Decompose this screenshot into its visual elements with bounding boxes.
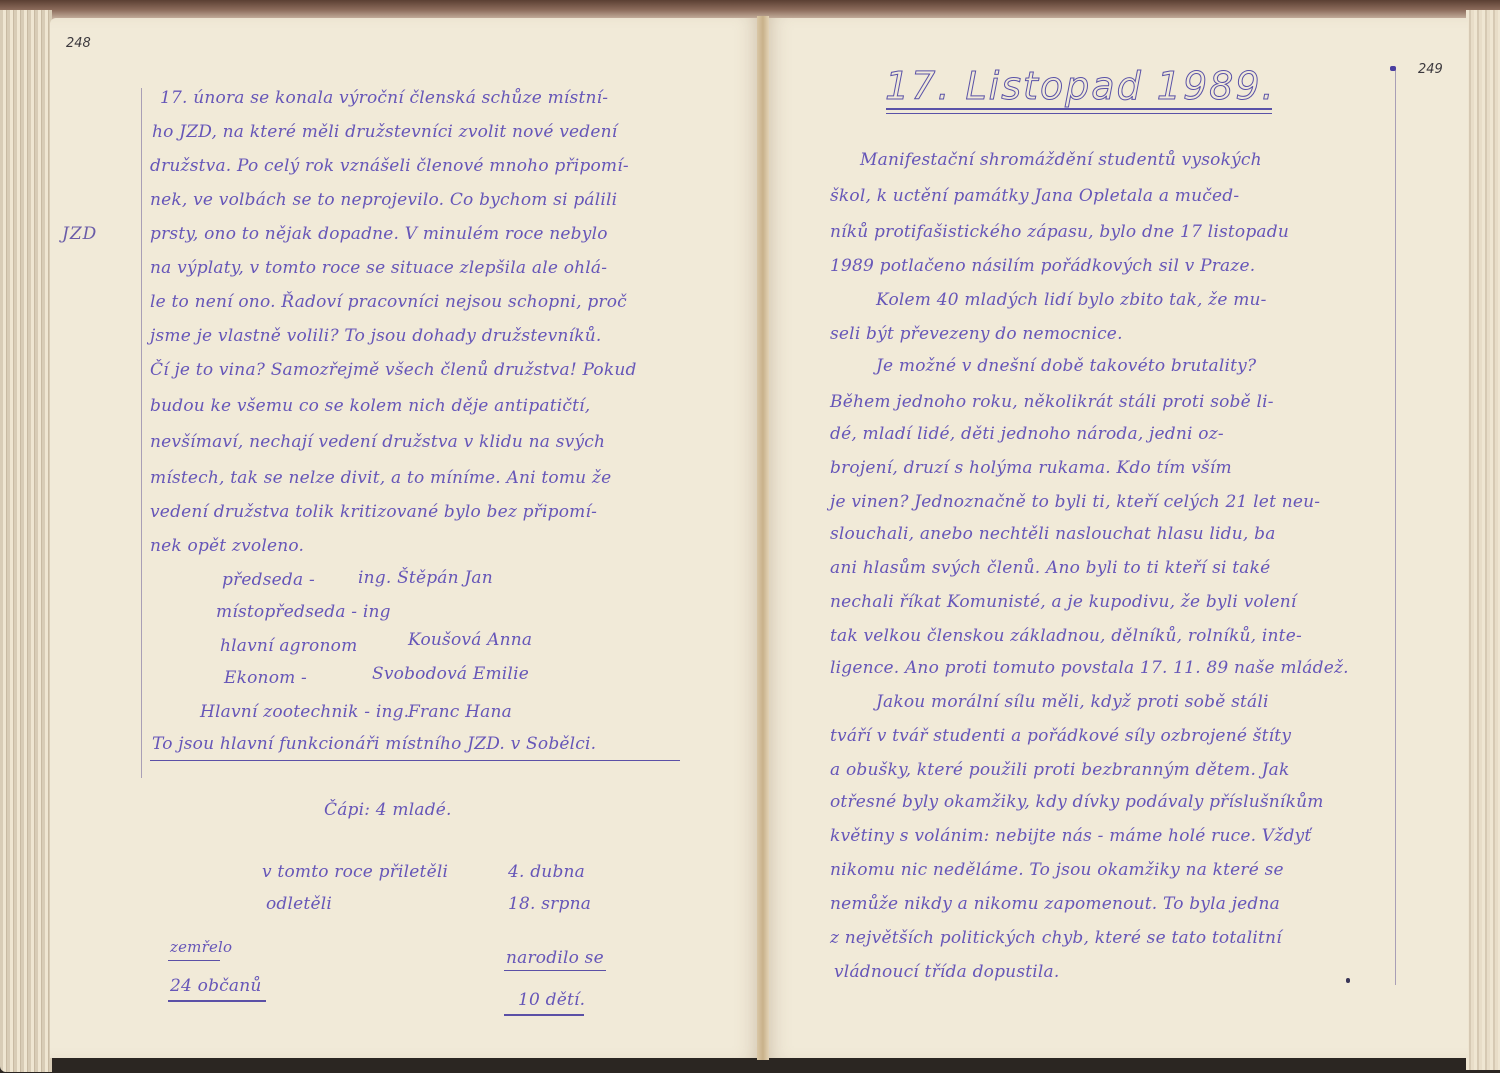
officer-name: Svobodová Emilie (372, 664, 529, 684)
text-line: nikomu nic neděláme. To jsou okamžiky na… (830, 860, 1284, 880)
born-label-underline (504, 970, 606, 971)
text-line: květiny s volánim: nebijte nás - máme ho… (830, 826, 1311, 846)
title-underline (886, 108, 1272, 110)
text-line: je vinen? Jednoznačně to byli ti, kteří … (830, 492, 1320, 512)
text-line: 17. února se konala výroční členská schů… (160, 88, 608, 108)
text-line: vedení družstva tolik kritizované bylo b… (150, 502, 597, 522)
text-line: nechali říkat Komunisté, a je kupodivu, … (830, 592, 1297, 612)
page-title: 17. Listopad 1989. (885, 64, 1276, 108)
officer-role: Ekonom - (224, 668, 307, 688)
storks-departed-label: odletěli (266, 894, 332, 914)
officer-name: Franc Hana (408, 702, 512, 722)
text-line: seli být převezeny do nemocnice. (830, 324, 1123, 344)
ink-mark (1390, 66, 1396, 71)
storks-departed-date: 18. srpna (508, 894, 591, 914)
text-line: níků protifašistického zápasu, bylo dne … (830, 222, 1289, 242)
died-label-underline (168, 960, 220, 961)
text-line: nemůže nikdy a nikomu zapomenout. To byl… (830, 894, 1280, 914)
text-line: le to není ono. Řadoví pracovníci nejsou… (150, 292, 627, 312)
storks-heading: Čápi: 4 mladé. (324, 800, 452, 820)
page-number-right: 249 (1418, 62, 1443, 77)
text-line: ani hlasům svých členů. Ano byli to ti k… (830, 558, 1270, 578)
text-line: jsme je vlastně volili? To jsou dohady d… (150, 326, 601, 346)
text-line: tváří v tvář studenti a pořádkové síly o… (830, 726, 1291, 746)
text-line: ho JZD, na které měli družstevníci zvoli… (152, 122, 617, 142)
text-line: nek opět zvoleno. (150, 536, 304, 556)
text-line: budou ke všemu co se kolem nich děje ant… (150, 396, 590, 416)
text-line: místech, tak se nelze divit, a to míníme… (150, 468, 611, 488)
text-line: nek, ve volbách se to neprojevilo. Co by… (150, 190, 617, 210)
text-line: Kolem 40 mladých lidí bylo zbito tak, že… (876, 290, 1267, 310)
text-line: brojení, druzí s holýma rukama. Kdo tím … (830, 458, 1232, 478)
officer-role: místopředseda - ing (216, 602, 391, 622)
text-line: Čí je to vina? Samozřejmě všech členů dr… (150, 360, 637, 380)
text-line: 1989 potlačeno násilím pořádkových sil v… (830, 256, 1255, 276)
footer-underline (150, 760, 680, 761)
open-book: 248 JZD 17. února se konala výroční člen… (0, 0, 1500, 1073)
died-label: zemřelo (170, 938, 232, 956)
born-label: narodilo se (506, 948, 604, 968)
text-line: prsty, ono to nějak dopadne. V minulém r… (150, 224, 608, 244)
text-line: Během jednoho roku, několikrát stáli pro… (830, 392, 1274, 412)
text-line: nevšímaví, nechají vedení družstva v kli… (150, 432, 605, 452)
text-line: dé, mladí lidé, děti jednoho národa, jed… (830, 424, 1224, 444)
left-margin-line (141, 88, 142, 778)
text-line: tak velkou členskou základnou, dělníků, … (830, 626, 1302, 646)
text-line: škol, k uctění památky Jana Opletala a m… (830, 186, 1239, 206)
left-page-stack (0, 10, 52, 1072)
officer-role: Hlavní zootechnik - ing. (200, 702, 409, 722)
died-value-underline (168, 1000, 266, 1002)
born-value-underline (504, 1014, 584, 1016)
officers-footer: To jsou hlavní funkcionáři místního JZD.… (152, 734, 596, 754)
text-line: vládnoucí třída dopustila. (834, 962, 1060, 982)
storks-arrived-date: 4. dubna (508, 862, 585, 882)
officer-name: Koušová Anna (408, 630, 532, 650)
officer-name: ing. Štěpán Jan (358, 568, 493, 588)
text-line: na výplaty, v tomto roce se situace zlep… (150, 258, 607, 278)
text-line: družstva. Po celý rok vznášeli členové m… (150, 156, 629, 176)
text-line: Jakou morální sílu měli, když proti sobě… (876, 692, 1269, 712)
text-line: Je možné v dnešní době takovéto brutalit… (876, 356, 1256, 376)
storks-arrived-label: v tomto roce přiletěli (262, 862, 448, 882)
died-value: 24 občanů (170, 976, 262, 996)
text-line: ligence. Ano proti tomuto povstala 17. 1… (830, 658, 1349, 678)
text-line: a obušky, které použili proti bezbranným… (830, 760, 1290, 780)
right-page-stack (1466, 10, 1500, 1070)
officer-role: hlavní agronom (220, 636, 357, 656)
officer-role: předseda - (222, 570, 315, 590)
born-value: 10 dětí. (518, 990, 585, 1010)
right-margin-line (1395, 70, 1396, 985)
page-number-left: 248 (66, 36, 91, 51)
margin-note-jzd: JZD (62, 224, 97, 244)
text-line: otřesné byly okamžiky, kdy dívky podával… (830, 792, 1324, 812)
text-line: slouchali, anebo nechtěli naslouchat hla… (830, 524, 1276, 544)
text-line: Manifestační shromáždění studentů vysoký… (860, 150, 1262, 170)
book-gutter (757, 16, 769, 1060)
ink-dot (1346, 978, 1350, 983)
text-line: z největších politických chyb, které se … (830, 928, 1282, 948)
title-underline-2 (886, 113, 1272, 114)
